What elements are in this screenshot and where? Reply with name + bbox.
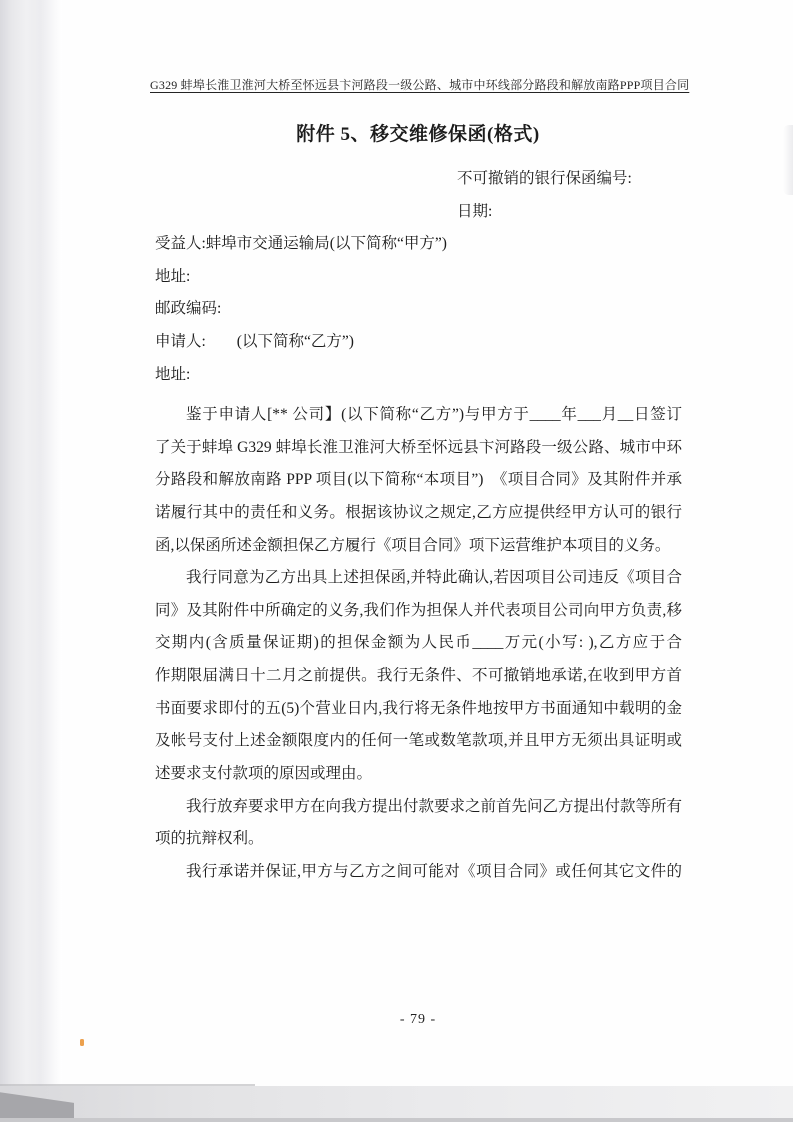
guarantee-number-label: 不可撤销的银行保函编号: <box>457 163 632 196</box>
doc-line: 及帐号支付上述金额限度内的任何一笔或数笔款项,并且甲方无须出具证明或陈 <box>155 725 682 758</box>
page-number: - 79 - <box>153 1012 683 1028</box>
doc-line: 诺履行其中的责任和义务。根据该协议之规定,乙方应提供经甲方认可的银行保 <box>155 497 682 530</box>
paper-sheet: G329 蚌埠长淮卫淮河大桥至怀远县卞河路段一级公路、城市中环线部分路段和解放南… <box>0 0 793 1122</box>
letter-meta-block: 不可撤销的银行保函编号: 日期: <box>457 163 632 228</box>
doc-line: 函,以保函所述金额担保乙方履行《项目合同》项下运营维护本项目的义务。 <box>155 530 682 563</box>
doc-line: 书面要求即付的五(5)个营业日内,我行将无条件地按甲方书面通知中载明的金额 <box>155 693 682 726</box>
applicant-field: 申请人: (以下简称“乙方”) <box>155 326 685 359</box>
document-body: 鉴于申请人[** 公司】(以下简称“乙方”)与甲方于____年___月__日签订… <box>155 399 682 889</box>
address-field: 地址: <box>155 359 685 392</box>
doc-line: 项的抗辩权利。 <box>155 823 682 856</box>
scan-edge-right-smudge <box>783 125 793 195</box>
scan-bottom-edge <box>0 1118 793 1122</box>
doc-line: 我行同意为乙方出具上述担保函,并特此确认,若因项目公司违反《项目合 <box>155 562 682 595</box>
doc-line: 了关于蚌埠 G329 蚌埠长淮卫淮河大桥至怀远县卞河路段一级公路、城市中环线部 <box>155 432 682 465</box>
highlight-mark <box>80 1039 84 1046</box>
address-field: 地址: <box>155 261 685 294</box>
postcode-field: 邮政编码: <box>155 293 685 326</box>
beneficiary-field: 受益人:蚌埠市交通运输局(以下简称“甲方”) <box>155 228 685 261</box>
doc-line: 分路段和解放南路 PPP 项目(以下简称“本项目”) 《项目合同》及其附件并承 <box>155 464 682 497</box>
doc-line: 述要求支付款项的原因或理由。 <box>155 758 682 791</box>
doc-line: 我行承诺并保证,甲方与乙方之间可能对《项目合同》或任何其它文件的条 <box>155 856 682 889</box>
doc-line: 交期内(含质量保证期)的担保金额为人民币____万元(小写: ),乙方应于合 <box>155 627 682 660</box>
scan-bottom-strip <box>0 1086 793 1122</box>
doc-line: 作期限届满日十二月之前提供。我行无条件、不可撤销地承诺,在收到甲方首次 <box>155 660 682 693</box>
doc-line: 鉴于申请人[** 公司】(以下简称“乙方”)与甲方于____年___月__日签订 <box>155 399 682 432</box>
page-title: 附件 5、移交维修保函(格式) <box>153 119 683 146</box>
party-fields-block: 受益人:蚌埠市交通运输局(以下简称“甲方”) 地址: 邮政编码: 申请人: (以… <box>155 228 685 391</box>
date-label: 日期: <box>457 196 632 229</box>
scan-edge-left-shadow <box>0 0 62 1086</box>
scanned-contract-page: { "colors": { "ink": "#1c1c1c", "paper":… <box>0 0 793 1122</box>
doc-line: 我行放弃要求甲方在向我方提出付款要求之前首先问乙方提出付款等所有事 <box>155 791 682 824</box>
doc-line: 同》及其附件中所确定的义务,我们作为担保人并代表项目公司向甲方负责,移 <box>155 595 682 628</box>
running-header: G329 蚌埠长淮卫淮河大桥至怀远县卞河路段一级公路、城市中环线部分路段和解放南… <box>150 76 684 94</box>
